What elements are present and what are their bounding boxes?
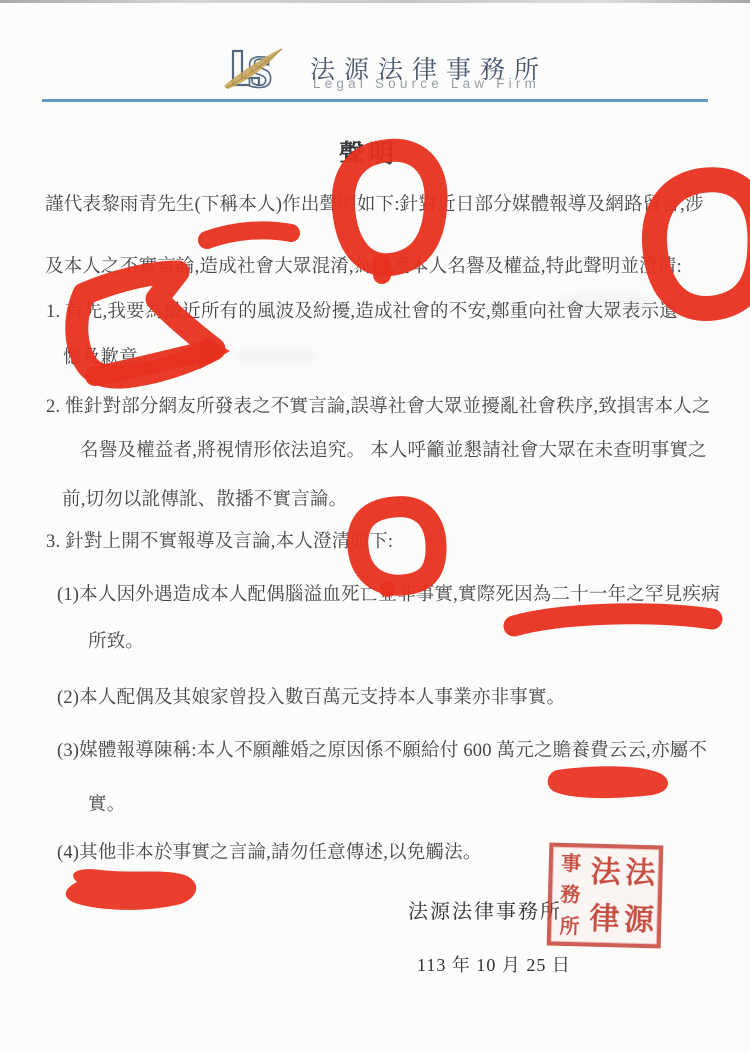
sub3-line-1: (3)媒體報導陳稱:本人不願離婚之原因係不願給付 600 萬元之贍養費云云,亦屬… (57, 740, 707, 762)
sub3-line-2: 實。 (88, 794, 125, 816)
scanned-statement-document: S 法源法律事務所 Legal Source Law Firm 聲明 謹代表黎雨… (0, 0, 750, 1052)
intro-line-2: 及本人之不實言論,造成社會大眾混淆,為維護本人名譽及權益,特此聲明並澄清: (45, 256, 682, 278)
item2-line-3: 前,切勿以訛傳訛、散播不實言論。 (62, 489, 347, 511)
seal-column-2: 法律 (586, 849, 623, 945)
signature-date: 113 年 10 月 25 日 (417, 951, 571, 977)
law-firm-logo: S (222, 44, 288, 96)
scan-smudge (235, 350, 315, 361)
intro-line-1: 謹代表黎雨青先生(下稱本人)作出聲明如下:針對近日部分媒體報導及網路留言,涉 (45, 194, 704, 216)
seal-column-3: 事務所 (552, 848, 589, 944)
seal-column-1: 法源 (621, 849, 658, 945)
signature-firm-name: 法源法律事務所 (408, 895, 562, 924)
sub4-line: (4)其他非本於事實之言論,請勿任意傳述,以免觸法。 (57, 842, 482, 864)
marker-dash-intro (207, 230, 291, 240)
item3-line: 3. 針對上開不實報導及言論,本人澄清如下: (46, 531, 393, 553)
item1-line-2: 憾及歉意。 (63, 347, 157, 369)
marker-underline-cause (514, 614, 712, 626)
sub1-line-1: (1)本人因外遇造成本人配偶腦溢血死亡並非事實,實際死因為二十一年之罕見疾病 (57, 584, 720, 606)
scan-edge-artifact (0, 0, 750, 3)
document-title: 聲明 (339, 134, 399, 170)
scan-smudge (560, 296, 655, 309)
item2-line-2: 名譽及權益者,將視情形依法追究。 本人呼籲並懇請社會大眾在未查明事實之 (80, 440, 707, 462)
sub1-line-2: 所致。 (88, 631, 144, 653)
marker-redaction-apology (66, 869, 196, 910)
sub2-line: (2)本人配偶及其娘家曾投入數百萬元支持本人事業亦非事實。 (57, 687, 565, 709)
header-divider (42, 99, 708, 102)
marker-redaction-alimony (548, 766, 668, 798)
marker-ring-item1-tail (198, 337, 230, 369)
law-firm-seal: 法源 法律 事務所 (547, 843, 664, 949)
firm-name-en: Legal Source Law Firm (313, 76, 540, 91)
item2-line-1: 2. 惟針對部分網友所發表之不實言論,誤導社會大眾並擾亂社會秩序,致損害本人之 (46, 396, 711, 418)
